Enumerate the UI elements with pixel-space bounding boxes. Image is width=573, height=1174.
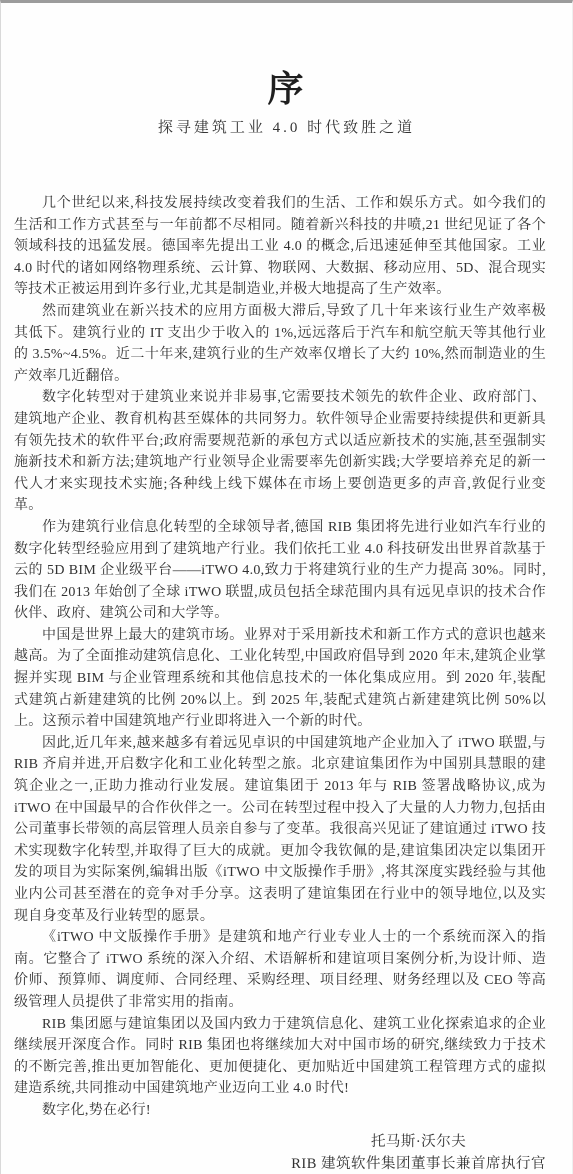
preface-paragraph: 数字化,势在必行! <box>14 1100 546 1122</box>
preface-paragraph: 作为建筑行业信息化转型的全球领导者,德国 RIB 集团将先进行业如汽车行业的数字… <box>14 517 546 625</box>
preface-paragraph: 中国是世界上最大的建筑市场。业界对于采用新技术和新工作方式的意识也越来越高。为了… <box>14 625 546 733</box>
preface-paragraph: RIB 集团愿与建谊集团以及国内致力于建筑信息化、建筑工业化探索追求的企业继续展… <box>14 1014 546 1100</box>
preface-paragraph: 数字化转型对于建筑业来说并非易事,它需要技术领先的软件企业、政府部门、建筑地产企… <box>14 387 546 517</box>
preface-paragraph: 《iTWO 中文版操作手册》是建筑和地产行业专业人士的一个系统而深入的指南。它整… <box>14 927 546 1013</box>
signature-role: RIB 建筑软件集团董事长兼首席执行官 <box>291 1153 546 1174</box>
preface-paragraph: 几个世纪以来,科技发展持续改变着我们的生活、工作和娱乐方式。如今我们的生活和工作… <box>14 193 546 301</box>
preface-paragraph: 因此,近几年来,越来越多有着远见卓识的中国建筑地产企业加入了 iTWO 联盟,与… <box>14 733 546 927</box>
page-title: 序 <box>1 69 572 109</box>
page-subtitle: 探寻建筑工业 4.0 时代致胜之道 <box>1 117 572 139</box>
signature-block: 托马斯·沃尔夫 RIB 建筑软件集团董事长兼首席执行官 <box>1 1131 546 1174</box>
signature-inner: 托马斯·沃尔夫 RIB 建筑软件集团董事长兼首席执行官 <box>291 1131 546 1174</box>
book-preface-page: 序 探寻建筑工业 4.0 时代致胜之道 几个世纪以来,科技发展持续改变着我们的生… <box>0 0 573 1174</box>
preface-body: 几个世纪以来,科技发展持续改变着我们的生活、工作和娱乐方式。如今我们的生活和工作… <box>14 193 546 1122</box>
preface-paragraph: 然而建筑业在新兴技术的应用方面极大滞后,导致了几十年来该行业生产效率极其低下。建… <box>14 301 546 387</box>
signature-name: 托马斯·沃尔夫 <box>291 1131 546 1154</box>
